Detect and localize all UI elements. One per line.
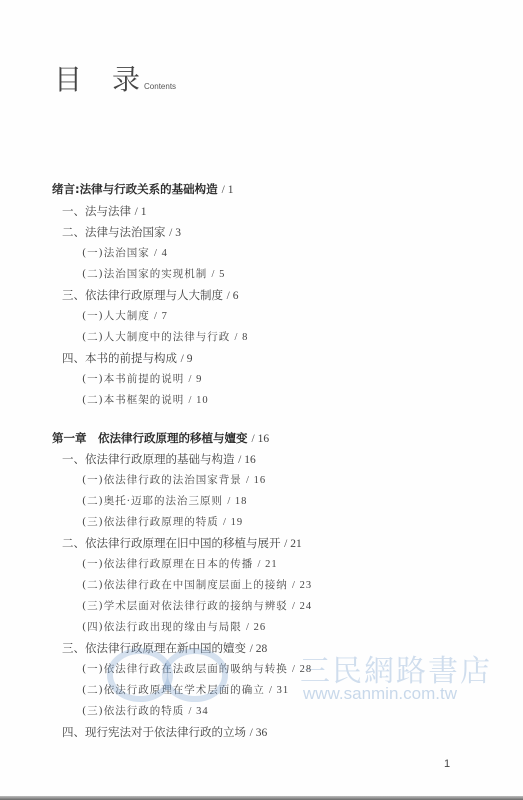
toc-entry-title: (一)依法律行政的法治国家背景: [82, 474, 242, 486]
toc-entry-page: / 4: [154, 248, 168, 259]
toc-entry-title: 绪言:法律与行政关系的基础构造: [52, 182, 218, 196]
toc-entry-page: / 26: [246, 622, 266, 633]
toc-entry-page: / 1: [222, 184, 234, 196]
page-title: 目 录 Contents: [54, 58, 176, 98]
toc-entry-page: / 21: [284, 538, 302, 550]
toc-entry-title: 二、依法律行政原理在旧中国的移植与展开: [62, 536, 281, 550]
toc-entry-title: (一)法治国家: [82, 247, 150, 259]
toc-entry-title: (一)依法律行政在法政层面的吸纳与转换: [82, 663, 288, 675]
toc-entry-page: / 6: [227, 290, 239, 302]
toc-entry: (一)法治国家 / 4: [82, 246, 168, 261]
toc-entry: 一、依法律行政原理的基础与构造 / 16: [62, 452, 256, 467]
page-number: 1: [444, 758, 450, 770]
toc-entry-title: 四、现行宪法对于依法律行政的立场: [62, 725, 246, 739]
toc-entry-title: 四、本书的前提与构成: [62, 351, 177, 365]
toc-entry: (二)奥托·迈耶的法治三原则 / 18: [82, 494, 247, 509]
toc-entry-title: 三、依法律行政原理在新中国的嬗变: [62, 641, 246, 655]
toc-entry: (三)依法行政的特质 / 34: [82, 704, 209, 719]
watermark-url: www.sanmin.com.tw: [303, 684, 457, 704]
toc-entry-title: 一、法与法律: [62, 204, 131, 218]
toc-entry-page: / 7: [154, 311, 168, 322]
toc-entry: 二、依法律行政原理在旧中国的移植与展开 / 21: [62, 536, 302, 551]
title-cn-second: 录: [112, 58, 140, 98]
toc-entry: (二)依法行政原理在学术层面的确立 / 31: [82, 683, 289, 698]
toc-entry-title: (二)本书框架的说明: [82, 394, 184, 406]
toc-entry: 二、法律与法治国家 / 3: [62, 225, 181, 240]
toc-entry: (三)学术层面对依法律行政的接纳与辨驳 / 24: [82, 599, 312, 614]
toc-entry-page: / 16: [238, 454, 256, 466]
toc-entry-title: (二)依法行政原理在学术层面的确立: [82, 684, 265, 696]
toc-entry-page: / 21: [258, 559, 278, 570]
toc-entry-title: (一)人大制度: [82, 310, 150, 322]
toc-entry-title: (一)依法律行政原理在日本的传播: [82, 558, 253, 570]
toc-entry: 绪言:法律与行政关系的基础构造 / 1: [52, 182, 233, 197]
toc-entry-page: / 36: [250, 727, 268, 739]
toc-entry-page: / 19: [223, 517, 243, 528]
toc-entry-title: 二、法律与法治国家: [62, 225, 166, 239]
toc-entry-page: / 18: [227, 496, 247, 507]
toc-entry-page: / 8: [235, 332, 249, 343]
toc-entry-page: / 5: [212, 269, 226, 280]
toc-entry-page: / 16: [252, 433, 270, 445]
toc-entry-title: 第一章 依法律行政原理的移植与嬗变: [52, 431, 248, 445]
toc-entry: (二)本书框架的说明 / 10: [82, 393, 209, 408]
toc-entry: (二)法治国家的实现机制 / 5: [82, 267, 225, 282]
toc-entry-page: / 31: [269, 685, 289, 696]
toc-entry-page: / 28: [292, 664, 312, 675]
page-bottom-edge: [0, 796, 523, 800]
toc-entry: (一)依法律行政原理在日本的传播 / 21: [82, 557, 278, 572]
toc-entry-page: / 10: [189, 395, 209, 406]
toc-entry-title: 一、依法律行政原理的基础与构造: [62, 452, 235, 466]
toc-entry-title: (一)本书前提的说明: [82, 373, 184, 385]
toc-entry-title: (三)学术层面对依法律行政的接纳与辨驳: [82, 600, 288, 612]
watermark-name: 三民網路書店: [300, 646, 492, 690]
toc-entry-page: / 24: [292, 601, 312, 612]
toc-entry: 三、依法律行政原理与人大制度 / 6: [62, 288, 238, 303]
toc-entry-title: (三)依法律行政原理的特质: [82, 516, 219, 528]
toc-entry: 三、依法律行政原理在新中国的嬗变 / 28: [62, 641, 267, 656]
document-page: 目 录 Contents 绪言:法律与行政关系的基础构造 / 1 一、法与法律 …: [0, 0, 523, 800]
toc-entry-page: / 9: [181, 353, 193, 365]
toc-entry-page: / 28: [250, 643, 268, 655]
toc-entry-title: (四)依法行政出现的缘由与局限: [82, 621, 242, 633]
toc-entry-title: (二)法治国家的实现机制: [82, 268, 207, 280]
toc-entry: 一、法与法律 / 1: [62, 204, 146, 219]
toc-entry-page: / 16: [246, 475, 266, 486]
toc-entry-page: / 1: [135, 206, 147, 218]
toc-entry: (二)依法律行政在中国制度层面上的接纳 / 23: [82, 578, 312, 593]
toc-entry-title: (二)奥托·迈耶的法治三原则: [82, 495, 223, 507]
toc-entry: (一)依法律行政的法治国家背景 / 16: [82, 473, 266, 488]
toc-entry: (一)本书前提的说明 / 9: [82, 372, 202, 387]
toc-entry: (三)依法律行政原理的特质 / 19: [82, 515, 243, 530]
toc-entry-page: / 3: [169, 227, 181, 239]
toc-entry: (四)依法行政出现的缘由与局限 / 26: [82, 620, 266, 635]
toc-entry-page: / 23: [292, 580, 312, 591]
title-en: Contents: [144, 82, 176, 91]
toc-entry-title: (二)依法律行政在中国制度层面上的接纳: [82, 579, 288, 591]
toc-entry-title: 三、依法律行政原理与人大制度: [62, 288, 223, 302]
toc-entry: 四、本书的前提与构成 / 9: [62, 351, 192, 366]
toc-entry: 四、现行宪法对于依法律行政的立场 / 36: [62, 725, 267, 740]
toc-entry-title: (三)依法行政的特质: [82, 705, 184, 717]
toc-entry-title: (二)人大制度中的法律与行政: [82, 331, 230, 343]
toc-entry: (一)依法律行政在法政层面的吸纳与转换 / 28: [82, 662, 312, 677]
toc-entry: 第一章 依法律行政原理的移植与嬗变 / 16: [52, 431, 269, 446]
toc-entry-page: / 9: [189, 374, 203, 385]
toc-entry: (二)人大制度中的法律与行政 / 8: [82, 330, 248, 345]
toc-entry: (一)人大制度 / 7: [82, 309, 168, 324]
title-cn-first: 目: [54, 58, 82, 98]
toc-entry-page: / 34: [189, 706, 209, 717]
